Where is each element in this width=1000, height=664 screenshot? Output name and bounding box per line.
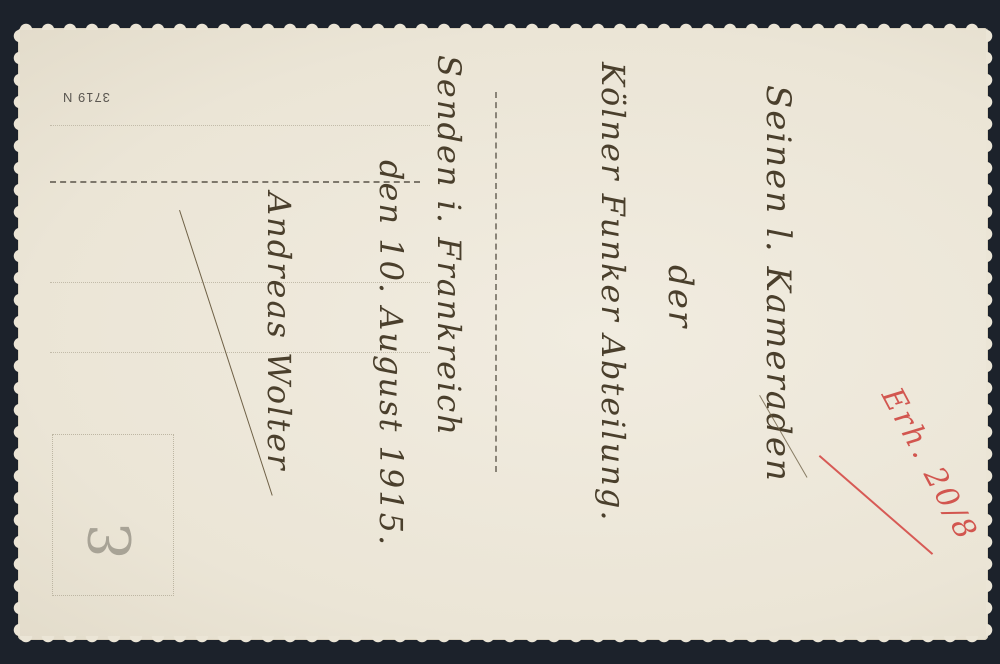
center-divider xyxy=(495,92,497,472)
printed-code: 3719 N xyxy=(62,90,110,105)
handwriting-line: den 10. August 1915. xyxy=(372,160,410,547)
deckle-edge-bottom xyxy=(18,636,988,644)
deckle-edge-right xyxy=(986,28,994,640)
handwriting-line: der xyxy=(660,265,700,329)
deckle-edge-top xyxy=(18,22,988,30)
dotted-address-line xyxy=(50,125,430,126)
stamp-box xyxy=(52,434,174,596)
handwriting-signature: Andreas Wolter xyxy=(260,192,298,471)
pencil-mark: 3 xyxy=(81,523,139,560)
handwriting-line: Seinen l. Kameraden xyxy=(758,85,798,483)
handwriting-line: Senden i. Frankreich xyxy=(430,55,468,437)
address-line xyxy=(50,181,420,183)
handwriting-line: Kölner Funker Abteilung. xyxy=(594,62,632,523)
deckle-edge-left xyxy=(12,28,20,640)
